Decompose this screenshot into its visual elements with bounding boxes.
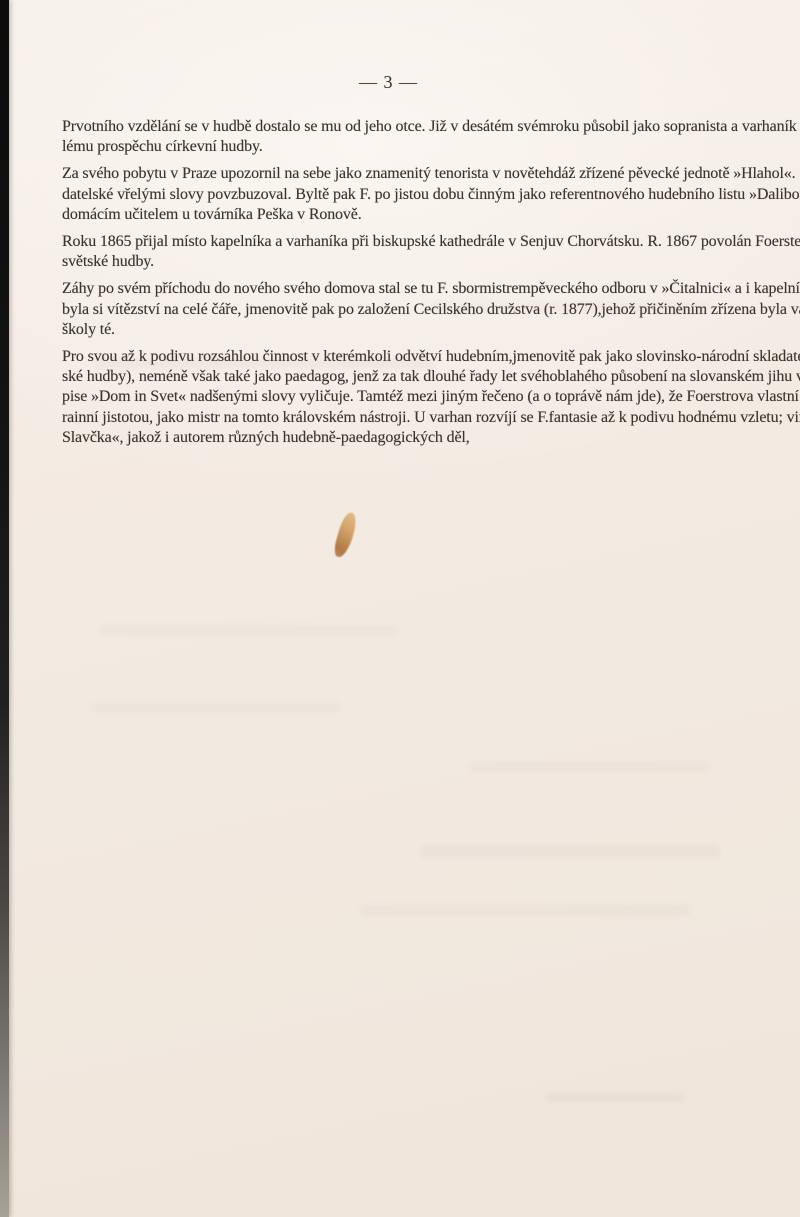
scanned-page: — 3 — Prvotního vzdělání se v hudbě dost… (0, 0, 800, 1217)
paragraph-3: Roku 1865 přijal místo kapelníka a varha… (62, 232, 715, 272)
paragraph-2: Za svého pobytu v Praze upozornil na seb… (62, 164, 715, 225)
stain-artifact (332, 511, 359, 559)
text-line: Záhy po svém příchodu do nového svého do… (62, 280, 531, 297)
bleedthrough-artifact (360, 905, 690, 916)
bleedthrough-artifact (420, 845, 720, 858)
paragraph-4: Záhy po svém příchodu do nového svého do… (62, 279, 715, 340)
text-line: fantasie až k podivu hodnému vzletu; vir… (549, 409, 800, 426)
text-line: Roku 1865 přijal místo kapelníka a varha… (62, 233, 556, 250)
text-line: Pro svou až k podivu rozsáhlou činnost v… (62, 348, 512, 365)
text-line: datelské vřelými slovy povzbuzoval. Bylt… (62, 186, 598, 203)
text-line: byla si vítězství na celé čáře, jmenovit… (62, 301, 602, 318)
paragraph-5: Pro svou až k podivu rozsáhlou činnost v… (62, 347, 715, 448)
text-line: v Chorvátsku. R. 1867 povolán Foerster z… (556, 233, 800, 250)
text-line: právě nám jde), že Foerstrova vlastní do… (567, 388, 800, 405)
text-line: tehdáž zřízené pěvecké jednotě »Hlahol«.… (534, 165, 800, 182)
text-line: jehož přičiněním zřízena byla varhanická… (602, 301, 800, 318)
bleedthrough-artifact (90, 702, 340, 713)
text-line: pise »Dom in Svet« nadšenými slovy vylič… (62, 388, 567, 405)
text-line: Za svého pobytu v Praze upozornil na seb… (62, 165, 534, 182)
bleedthrough-artifact (470, 762, 710, 773)
text-line: Prvotního vzdělání se v hudbě dostalo se… (62, 118, 551, 135)
bleedthrough-artifact (545, 1092, 685, 1102)
paragraph-1: Prvotního vzdělání se v hudbě dostalo se… (62, 117, 715, 157)
text-line: nového hudebního listu »Dalibora«. Po ab… (598, 186, 800, 203)
text-line: pěveckého odboru v »Čitalnici« a i kapel… (531, 280, 800, 297)
text-line: lému prospěchu církevní hudby. (62, 138, 263, 155)
text-line: blahého působení na slovanském jihu vych… (557, 368, 800, 385)
text-line: rainní jistotou, jako mistr na tomto krá… (62, 409, 549, 426)
page-text-block: Prvotního vzdělání se v hudbě dostalo se… (62, 117, 715, 455)
text-line: roku působil jako sopranista a varhaník … (551, 118, 800, 135)
text-line: jmenovitě pak jako slovinsko-národní skl… (512, 348, 800, 365)
scan-edge-shadow (0, 0, 9, 1217)
bleedthrough-artifact (100, 625, 400, 636)
page-number: — 3 — (62, 72, 715, 93)
text-line: ské hudby), neméně však také jako paedag… (62, 368, 557, 385)
